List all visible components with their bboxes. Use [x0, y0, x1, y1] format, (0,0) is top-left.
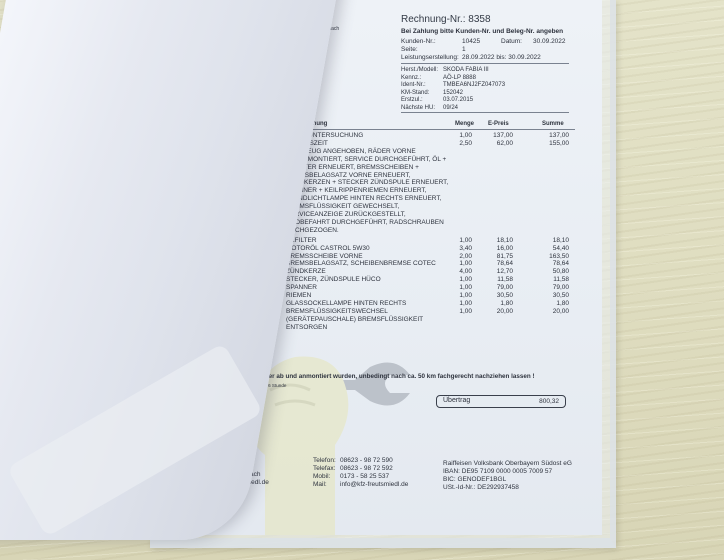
bank-line: IBAN: DE95 7109 0000 0005 7009 57 — [443, 468, 552, 475]
bank-line: USt.-Id-Nr.: DE292937458 — [443, 484, 519, 491]
row-quantity: 1,00 — [450, 260, 472, 267]
vehicle-value: 152042 — [443, 90, 463, 96]
row-unit-price: 16,00 — [485, 245, 513, 252]
vehicle-label: Erstzul.: — [401, 97, 423, 103]
row-description: BREMSFLÜSSIGKEITSWECHSEL — [286, 308, 388, 315]
row-description: BREMSBELAGSATZ, SCHEIBENBREMSE COTEC — [286, 260, 436, 267]
bank-line: BIC: GENODEF1BGL — [443, 476, 506, 483]
row-total: 30,50 — [537, 292, 569, 299]
row-unit-price: 79,00 — [485, 284, 513, 291]
vehicle-label: Kennz.: — [401, 75, 421, 81]
invoice-title: Rechnung-Nr.: 8358 — [401, 14, 491, 25]
row-description: (GERÄTEPAUSCHALE) BREMSFLÜSSIGKEIT — [286, 316, 423, 323]
payment-notice: Bei Zahlung bitte Kunden-Nr. und Beleg-N… — [401, 28, 563, 35]
row-quantity: 1,00 — [450, 308, 472, 315]
row-total: 137,00 — [537, 132, 569, 139]
row-unit-price: 12,70 — [485, 268, 513, 275]
row-description: SPANNER — [286, 284, 317, 291]
vehicle-value: AÖ-LP 8888 — [443, 75, 476, 81]
header-rule — [401, 63, 569, 64]
row-total: 79,00 — [537, 284, 569, 291]
row-total: 163,50 — [537, 253, 569, 260]
row-description: SPANNER + KEILRIPPENRIEMEN ERNEUERT, — [286, 187, 426, 194]
row-description: MOTORÖL CASTROL 5W30 — [286, 245, 370, 252]
service-period-value: 28.09.2022 bis: 30.09.2022 — [462, 54, 541, 61]
row-quantity: 4,00 — [450, 268, 472, 275]
vehicle-value: 03.07.2015 — [443, 97, 473, 103]
contact-label: Telefax: — [313, 465, 335, 472]
row-description: BREMSFLÜSSIGKEIT GEWECHSELT, — [286, 203, 399, 210]
row-description: ENTSORGEN — [286, 324, 327, 331]
row-total: 18,10 — [537, 237, 569, 244]
row-description: PROBEFAHRT DURCHGEFÜHRT, RADSCHRAUBEN — [286, 219, 444, 226]
row-quantity: 1,00 — [450, 284, 472, 291]
row-quantity: 1,00 — [450, 237, 472, 244]
col-header-menge: Menge — [455, 121, 474, 127]
contact-label: Mobil: — [313, 473, 330, 480]
col-header-epreis: E-Preis — [488, 121, 509, 127]
page-label: Seite: — [401, 46, 418, 53]
row-description: SERVICEANZEIGE ZURÜCKGESTELLT, — [286, 211, 406, 218]
row-total: 78,64 — [537, 260, 569, 267]
row-total: 11,58 — [537, 276, 569, 283]
contact-label: Telefon: — [313, 457, 336, 464]
row-unit-price: 11,58 — [485, 276, 513, 283]
row-total: 20,00 — [537, 308, 569, 315]
row-unit-price: 137,00 — [485, 132, 513, 139]
row-quantity: 1,00 — [450, 292, 472, 299]
row-description: STANDLICHTLAMPE HINTEN RECHTS ERNEUERT, — [286, 195, 441, 202]
page-value: 1 — [462, 46, 466, 53]
vehicle-label: Nächste HU: — [401, 105, 435, 111]
row-total: 155,00 — [537, 140, 569, 147]
customer-number-value: 10425 — [462, 38, 480, 45]
row-unit-price: 18,10 — [485, 237, 513, 244]
row-quantity: 2,50 — [450, 140, 472, 147]
row-unit-price: 78,64 — [485, 260, 513, 267]
row-description: RIEMEN — [286, 292, 311, 299]
date-label: Datum: — [501, 38, 522, 45]
contact-value: 08623 - 98 72 590 — [340, 457, 393, 464]
vehicle-rule — [401, 112, 569, 113]
row-quantity: 1,00 — [450, 276, 472, 283]
row-unit-price: 20,00 — [485, 308, 513, 315]
row-total: 54,40 — [537, 245, 569, 252]
carry-over-label: Übertrag — [443, 397, 470, 404]
row-description: GLASSOCKELLAMPE HINTEN RECHTS — [286, 300, 406, 307]
row-quantity: 1,00 — [450, 132, 472, 139]
contact-value: info@kfz-freutsmiedl.de — [340, 481, 408, 488]
row-quantity: 1,00 — [450, 300, 472, 307]
contact-value: 0173 - 58 25 537 — [340, 473, 389, 480]
contact-value: 08623 - 98 72 592 — [340, 465, 393, 472]
customer-number-label: Kunden-Nr.: — [401, 38, 436, 45]
vehicle-label: KM-Stand: — [401, 90, 429, 96]
date-value: 30.09.2022 — [533, 38, 566, 45]
row-description: ZÜNDKERZEN + STECKER ZÜNDSPULE ERNEUERT, — [286, 179, 448, 186]
vehicle-value: TMBEA6NJ2FZ047073 — [443, 82, 505, 88]
row-total: 50,80 — [537, 268, 569, 275]
vehicle-label: Herst./Modell: — [401, 67, 438, 73]
row-quantity: 3,40 — [450, 245, 472, 252]
row-unit-price: 1,80 — [485, 300, 513, 307]
carry-over-box: Übertrag 800,32 — [436, 395, 566, 408]
retorque-warning: Wenn Räder ab und anmontiert wurden, unb… — [238, 373, 535, 380]
vehicle-value: SKODA FABIA III — [443, 67, 489, 73]
carry-over-value: 800,32 — [539, 398, 559, 405]
row-unit-price: 30,50 — [485, 292, 513, 299]
row-description: BREMSSCHEIBE VORNE — [286, 253, 363, 260]
bank-line: Raiffeisen Volksbank Oberbayern Südost e… — [443, 460, 572, 467]
row-total: 1,80 — [537, 300, 569, 307]
col-header-summe: Summe — [542, 121, 564, 127]
vehicle-value: 09/24 — [443, 105, 458, 111]
row-unit-price: 62,00 — [485, 140, 513, 147]
service-period-label: Leistungserstellung: — [401, 54, 459, 61]
contact-label: Mail: — [313, 481, 327, 488]
row-description: ZÜNDKERZE — [286, 268, 326, 275]
row-description: AB-/ANMONTIERT, SERVICE DURCHGEFÜHRT, ÖL… — [286, 156, 446, 163]
vehicle-label: Ident-Nr.: — [401, 82, 426, 88]
row-quantity: 2,00 — [450, 253, 472, 260]
row-unit-price: 81,75 — [485, 253, 513, 260]
row-description: STECKER, ZÜNDSPULE HÜCO — [286, 276, 381, 283]
